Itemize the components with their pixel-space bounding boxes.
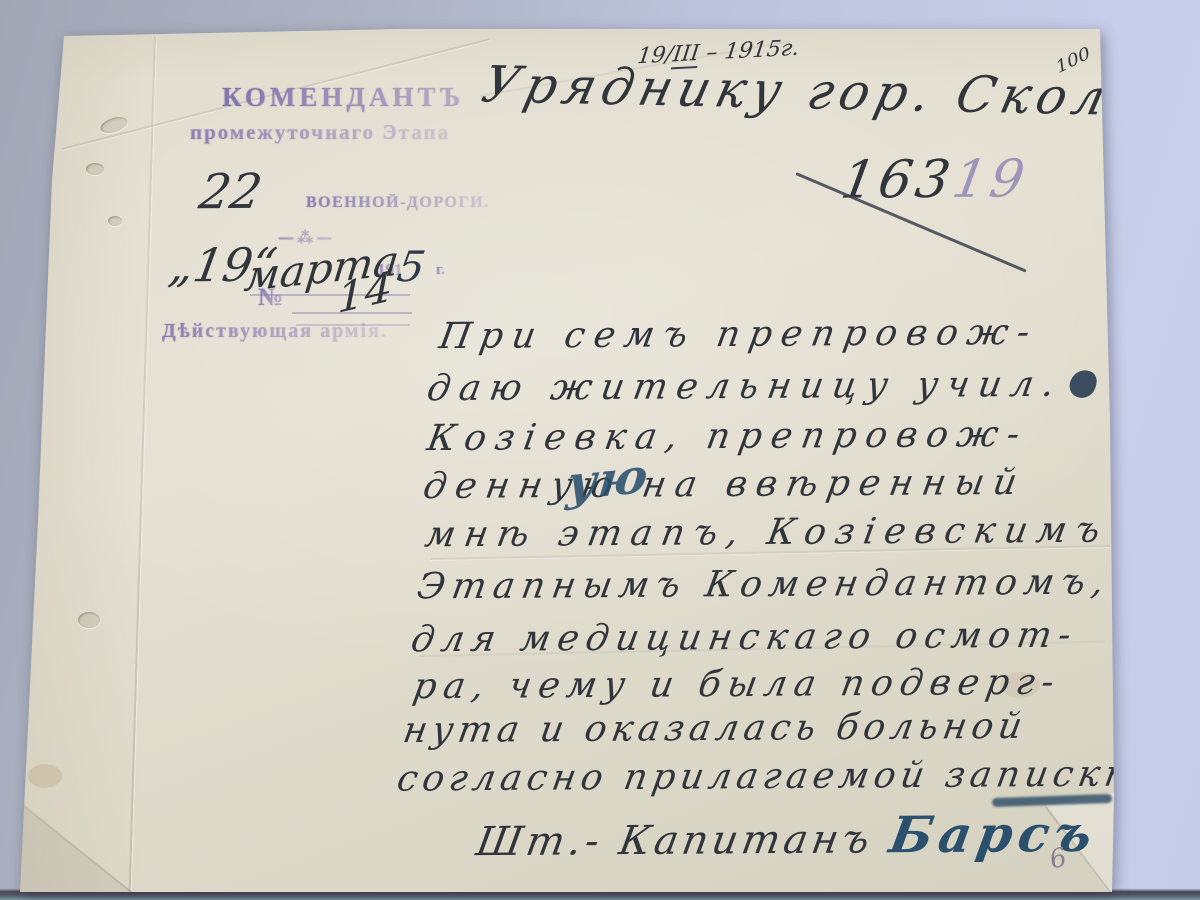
document-paper: КОМЕНДАНТЪ промежуточнаго Этапа ВОЕННОЙ-… [0,0,1200,900]
signature-name: Барсъ [885,804,1102,864]
body-line-6: Этапнымъ Комендантомъ, [414,562,1114,608]
stamp-year-suffix: г. [436,262,445,279]
stamp-active-army: Дѣйствующая армія. [162,320,388,343]
stamp-komendant: КОМЕНДАНТЪ [222,82,464,113]
body-line-2: даю жительницу учил. [424,364,1066,409]
body-line-8: ра, чему и была подверг- [410,662,1064,708]
signature-line: Шт.- Капитанъ Барсъ [473,804,1103,867]
addressee-line: Уряднику гор. Скол [477,55,1118,126]
body-line-7: для медицинскаго осмот- [408,615,1081,661]
ink-blot [1067,368,1098,401]
paper-wrap: КОМЕНДАНТЪ промежуточнаго Этапа ВОЕННОЙ-… [0,0,1200,900]
body-line-3: Козіевка, препровож- [424,414,1032,459]
pin-hole-2 [86,163,104,175]
ink-correction-overlay: ую [564,448,652,512]
ledger-number: 22 [195,164,266,220]
stain-left [28,764,62,788]
stamp-intermediate-stage: промежуточнаго Этапа [190,120,450,145]
body-line-4: денную на ввѣренный [420,462,1029,507]
photo-scene: КОМЕНДАНТЪ промежуточнаго Этапа ВОЕННОЙ-… [0,0,1200,900]
document-number-faint: 19 [948,149,1032,210]
body-line-1: При семъ препровож- [436,312,1042,357]
document-number-dark: 163 [837,150,959,211]
bottom-left-fold-crease [17,800,140,899]
body-line-10: согласно прилагаемой запискѣ. [394,753,1162,799]
body-line-5: мнѣ этапъ, Козіевскимъ [422,510,1112,556]
vertical-fold-crease [129,36,156,894]
stamp-military-road: ВОЕННОЙ-ДОРОГИ. [306,194,490,212]
pin-hole-3 [108,216,122,226]
signature-rank: Шт.- Капитанъ [473,816,877,865]
body-line-9: нута и оказалась больной [400,706,1030,751]
pin-hole-4 [78,612,100,628]
